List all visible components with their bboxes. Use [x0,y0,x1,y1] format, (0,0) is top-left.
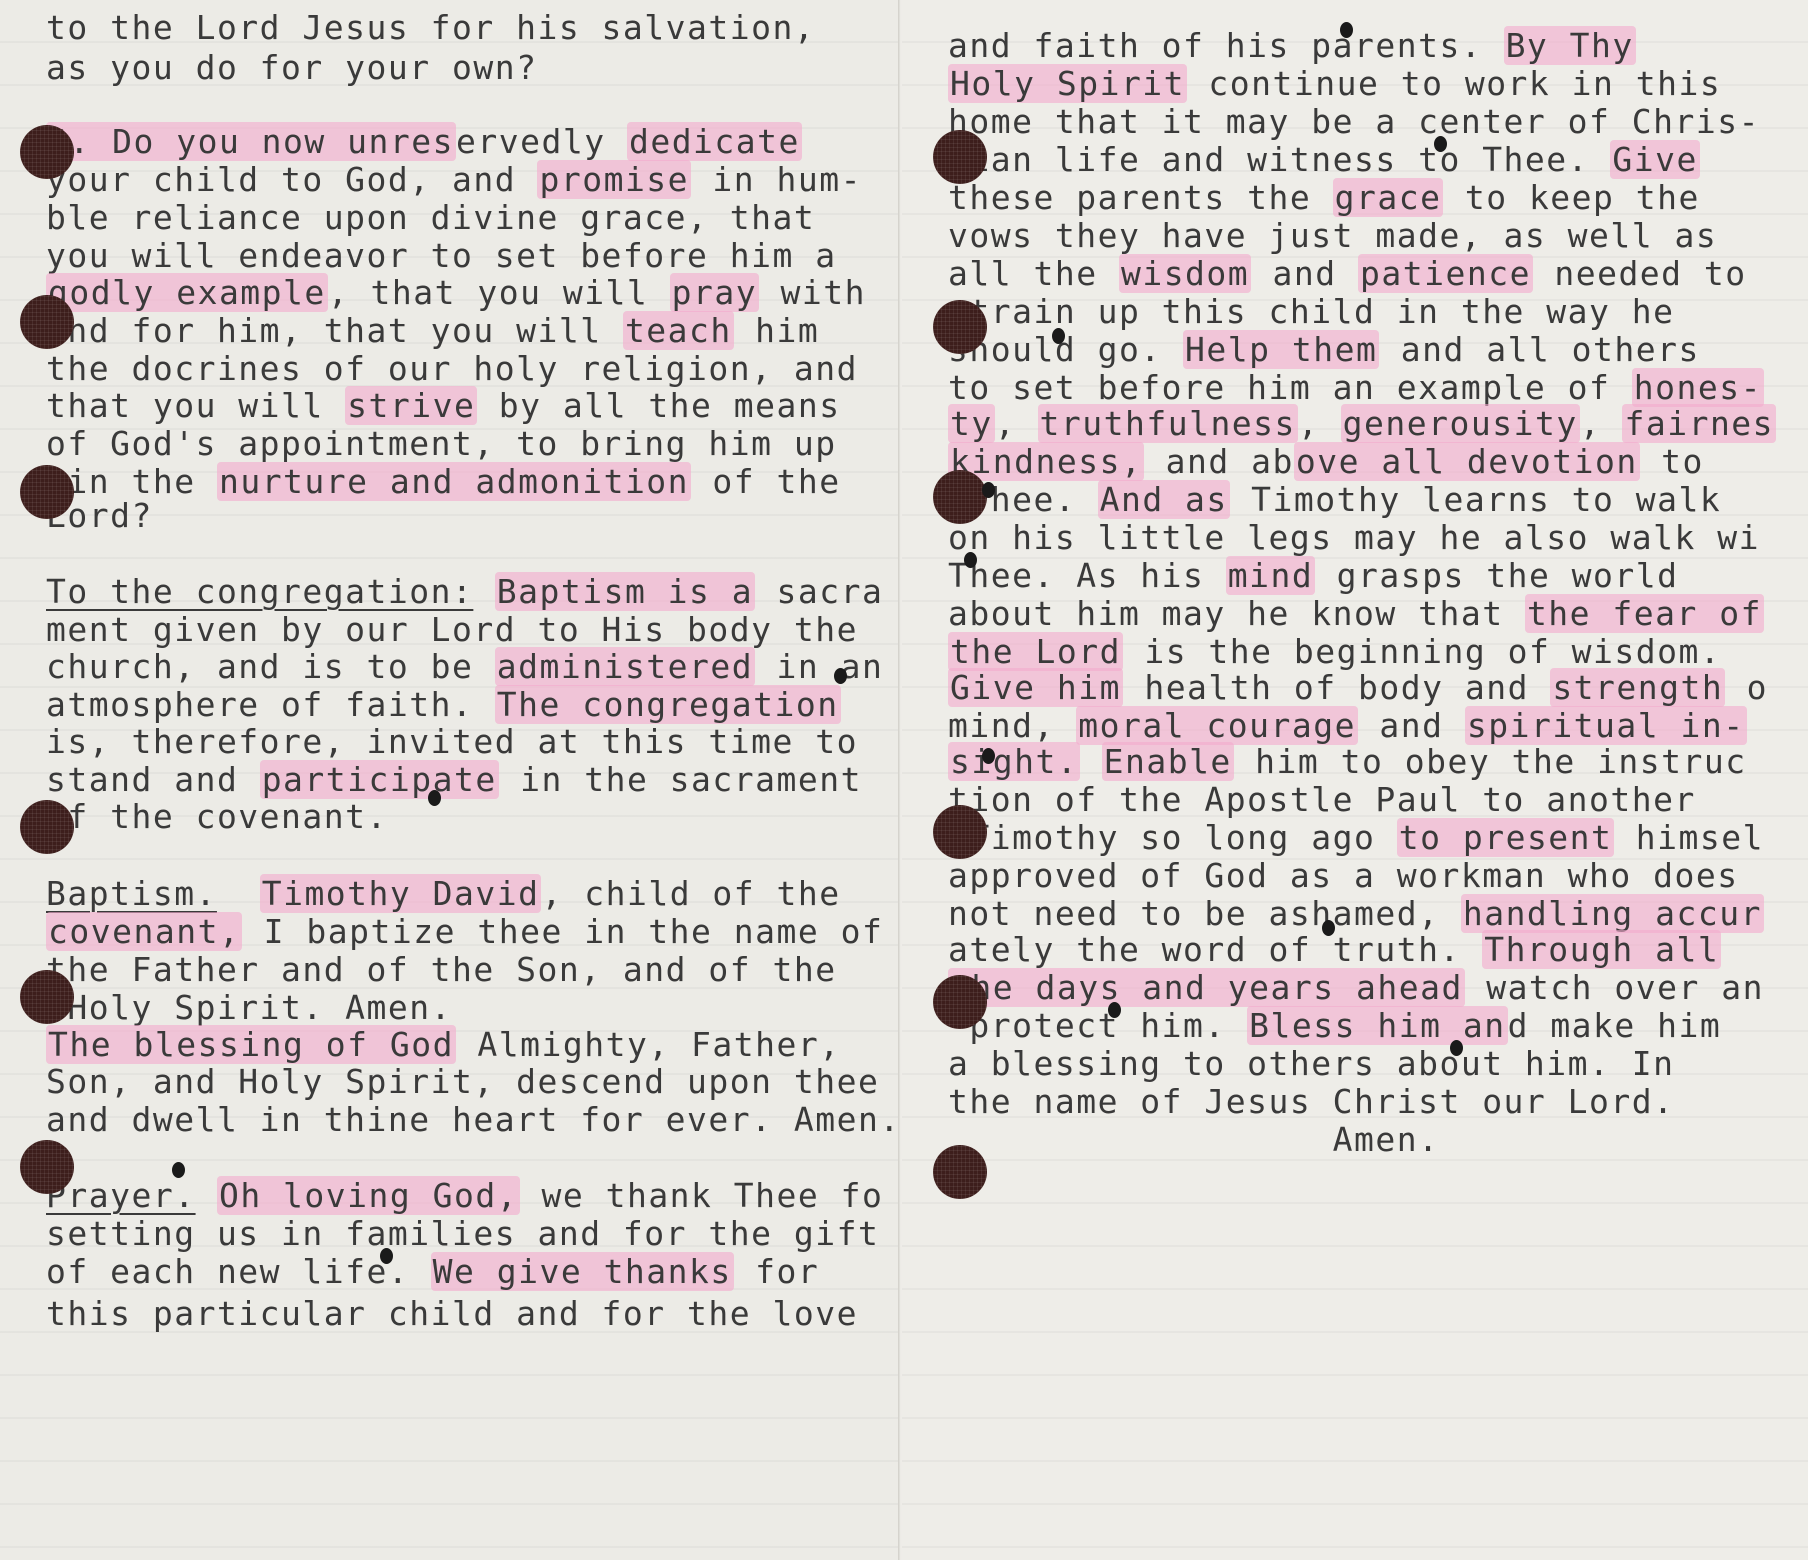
highlight: Oh loving God, [217,1176,520,1215]
text-line: Timothy so long ago to present himsel [948,818,1764,857]
text-line: Thee. As his mind grasps the world [948,556,1679,595]
highlight: moral courage [1076,706,1358,745]
ink-bullet-dot [428,790,441,806]
text-line: to the Lord Jesus for his salvation, [46,8,815,47]
section-heading: To the congregation: [46,572,473,611]
text-line: Prayer. Oh loving God, we thank Thee fo [46,1176,883,1215]
highlight: 4. Do you now unres [46,122,456,161]
text-line: godly example, that you will pray with [46,273,866,312]
text-line: that you will strive by all the means [46,386,841,425]
ink-bullet-dot [834,668,847,684]
highlight: The congregation [495,685,841,724]
ink-bullet-dot [1340,22,1353,38]
text-line: all the wisdom and patience needed to [948,254,1747,293]
highlight: Baptism is a [495,572,755,611]
text-line: ately the word of truth. Through all [948,930,1721,969]
highlight: By Thy [1504,26,1636,65]
text-line: not need to be ashamed, handling accur [948,894,1764,933]
highlight: the fear of [1525,594,1764,633]
highlight: mind [1226,556,1315,595]
highlight: to present [1397,818,1615,857]
highlight: kindness, [948,442,1144,481]
highlight: Holy Spirit [948,64,1187,103]
punch-hole [20,465,74,519]
highlight: promise [537,160,691,199]
text-line: church, and is to be administered in an [46,647,883,686]
text-line: the name of Jesus Christ our Lord. [948,1082,1675,1121]
text-line: tion of the Apostle Paul to another [948,780,1696,819]
highlight: spiritual in- [1465,706,1747,745]
text-line: the docrines of our holy religion, and [46,349,858,388]
text-line: your child to God, and promise in hum- [46,160,862,199]
punch-hole [20,295,74,349]
highlight: covenant, [46,912,242,951]
right-page: and faith of his parents. By ThyHoly Spi… [902,0,1808,1560]
text-line: 4. Do you now unreservedly dedicate [46,122,802,161]
text-line: these parents the grace to keep the [948,178,1700,217]
text-line: about him may he know that the fear of [948,594,1764,633]
ink-bullet-dot [1434,136,1447,152]
highlight: Bless him an [1247,1006,1507,1045]
text-line: kindness, and above all devotion to [948,442,1704,481]
highlight: the Lord [948,632,1123,671]
text-line: in the nurture and admonition of the [46,462,841,501]
punch-hole [20,125,74,179]
highlight: Through all [1482,930,1721,969]
punch-hole [20,800,74,854]
highlight: fairnes [1622,404,1776,443]
ink-bullet-dot [982,748,995,764]
ink-bullet-dot [964,552,977,568]
ink-bullet-dot [380,1248,393,1264]
highlight: strength [1550,668,1725,707]
punch-hole [933,805,987,859]
highlight: teach [623,311,734,350]
text-line: ty, truthfulness, generousity, fairnes [948,404,1776,443]
highlight: And as [1098,480,1230,519]
ink-bullet-dot [1108,1002,1121,1018]
highlight: patience [1358,254,1533,293]
text-line: Holy Spirit. Amen. [46,988,452,1027]
text-line: train up this child in the way he [948,292,1675,331]
highlight: administered [495,647,755,686]
punch-hole [933,975,987,1029]
text-line: stand and participate in the sacrament [46,760,862,799]
text-line: Give him health of body and strength o [948,668,1768,707]
text-line: to set before him an example of hones- [948,368,1764,407]
text-line: of each new life. We give thanks for [46,1252,819,1291]
highlight: Timothy David [260,874,542,913]
text-line: the Father and of the Son, and of the [46,950,837,989]
highlight: strive [345,386,477,425]
text-line: mind, moral courage and spiritual in- [948,706,1747,745]
highlight: the days and years ahead [948,968,1465,1007]
highlight: wisdom [1119,254,1251,293]
ink-bullet-dot [1322,920,1335,936]
highlight: Give him [948,668,1123,707]
highlight: handling accur [1461,894,1764,933]
text-line: home that it may be a center of Chris- [948,102,1760,141]
ink-bullet-dot [172,1162,185,1178]
text-line: covenant, I baptize thee in the name of [46,912,883,951]
text-line: you will endeavor to set before him a [46,236,837,275]
text-line: protect him. Bless him and make him [948,1006,1721,1045]
text-line: a blessing to others about him. In [948,1044,1675,1083]
highlight: participate [260,760,499,799]
text-line: and faith of his parents. By Thy [948,26,1636,65]
highlight: grace [1333,178,1444,217]
punch-hole [933,1145,987,1199]
text-line: atmosphere of faith. The congregation [46,685,841,724]
text-line: is, therefore, invited at this time to [46,722,858,761]
text-line: To the congregation: Baptism is a sacra [46,572,883,611]
text-line: on his little legs may he also walk wi [948,518,1760,557]
text-line: ble reliance upon divine grace, that [46,198,815,237]
highlight: dedicate [627,122,802,161]
text-line: of God's appointment, to bring him up [46,424,837,463]
highlight: sight. [948,742,1080,781]
punch-hole [20,1140,74,1194]
text-line: Baptism. Timothy David, child of the [46,874,841,913]
text-line: vows they have just made, as well as [948,216,1717,255]
punch-hole [933,300,987,354]
highlight: Enable [1102,742,1234,781]
text-line: approved of God as a workman who does [948,856,1739,895]
highlight: Help them [1183,330,1379,369]
highlight: The blessing of God [46,1025,456,1064]
text-line: ment given by our Lord to His body the [46,610,858,649]
text-line: setting us in families and for the gift [46,1214,879,1253]
ink-bullet-dot [1450,1040,1463,1056]
text-line: and for him, that you will teach him [46,311,819,350]
text-line: tian life and witness to Thee. Give [948,140,1700,179]
text-line: and dwell in thine heart for ever. Amen. [46,1100,901,1139]
highlight: We give thanks [431,1252,734,1291]
text-line: The blessing of God Almighty, Father, [46,1025,841,1064]
highlight: godly example [46,273,328,312]
highlight: Give [1610,140,1699,179]
highlight: nurture and admonition [217,462,691,501]
text-line: as you do for your own? [46,48,537,87]
highlight: truthfulness [1038,404,1298,443]
highlight: pray [670,273,759,312]
punch-hole [933,130,987,184]
text-line: Thee. And as Timothy learns to walk [948,480,1721,519]
text-line: of the covenant. [46,797,388,836]
highlight: ty [948,404,995,443]
text-line: Amen. [948,1120,1439,1159]
section-heading: Baptism. [46,874,217,913]
ink-bullet-dot [1052,328,1065,344]
text-line: Holy Spirit continue to work in this [948,64,1721,103]
punch-hole [933,470,987,524]
left-page: to the Lord Jesus for his salvation,as y… [0,0,900,1560]
text-line: sight. Enable him to obey the instruc [948,742,1747,781]
text-line: the days and years ahead watch over an [948,968,1764,1007]
highlight: ove all devotion [1294,442,1640,481]
text-line: the Lord is the beginning of wisdom. [948,632,1721,671]
punch-hole [20,970,74,1024]
highlight: hones- [1632,368,1764,407]
text-line: this particular child and for the love [46,1294,858,1333]
highlight: generousity [1341,404,1580,443]
ink-bullet-dot [982,482,995,498]
text-line: Son, and Holy Spirit, descend upon thee [46,1062,879,1101]
